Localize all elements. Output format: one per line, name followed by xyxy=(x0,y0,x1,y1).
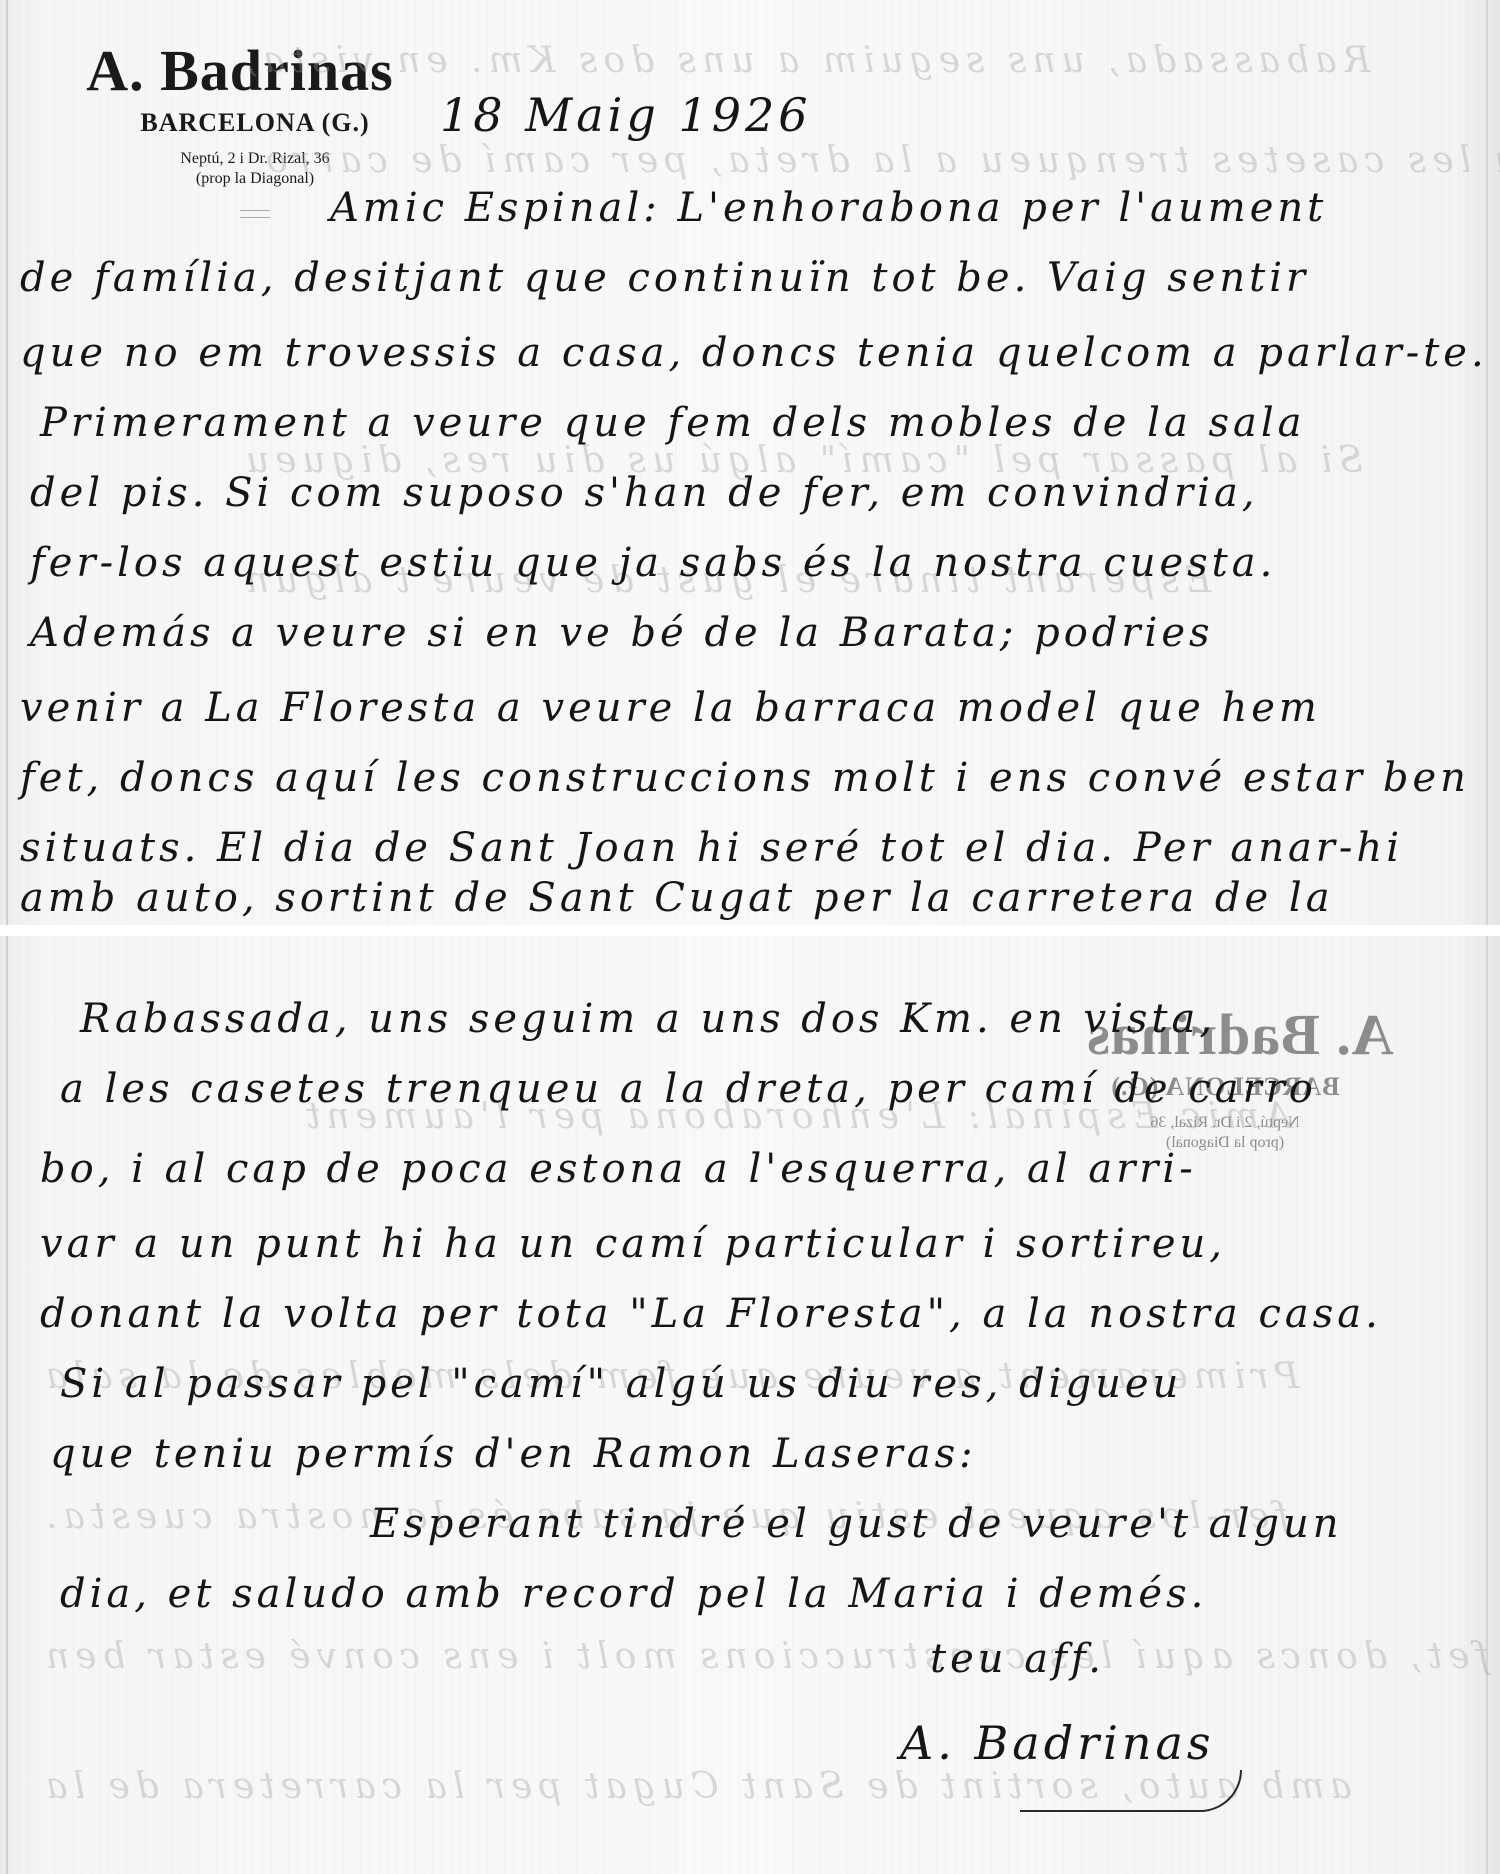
letter-line: fer-los aquest estiu que ja sabs és la n… xyxy=(30,540,1276,586)
letter-line: Si al passar pel "camí" algú us diu res,… xyxy=(60,1361,1182,1407)
letter-line: situats. El dia de Sant Joan hi seré tot… xyxy=(20,825,1403,871)
letter-line: venir a La Floresta a veure la barraca m… xyxy=(20,685,1321,731)
letter-line: del pis. Si com suposo s'han de fer, em … xyxy=(30,470,1259,516)
letter-line: Primerament a veure que fem dels mobles … xyxy=(40,400,1306,446)
letter-line: Amic Espinal: L'enhorabona per l'aument xyxy=(330,185,1327,231)
letter-line: donant la volta per tota "La Floresta", … xyxy=(40,1291,1382,1337)
paper-edge-right xyxy=(1486,936,1488,1874)
letter-line: amb auto, sortint de Sant Cugat per la c… xyxy=(20,875,1334,921)
letter-line: dia, et saludo amb record pel la Maria i… xyxy=(60,1571,1207,1617)
bleed-through-text: Rabassada, uns seguim a uns dos Km. en v… xyxy=(240,40,1370,81)
signature-flourish xyxy=(1020,1770,1242,1812)
bleed-through-text: fet, doncs aquí les construccions molt i… xyxy=(40,1636,1489,1677)
letter-line: a les casetes trenqueu a la dreta, per c… xyxy=(60,1066,1317,1112)
letter-line: bo, i al cap de poca estona a l'esquerra… xyxy=(40,1146,1197,1192)
letter-line: var a un punt hi ha un camí particular i… xyxy=(40,1221,1226,1267)
letter-page-2: A. Badrinas BARCELONA (G.) Neptú, 2 i Dr… xyxy=(0,936,1500,1874)
letter-page-1: A. Badrinas BARCELONA (G.) Neptú, 2 i Dr… xyxy=(0,0,1500,925)
letter-line: de família, desitjant que continuïn tot … xyxy=(20,255,1309,301)
letter-line: Además a veure si en ve bé de la Barata;… xyxy=(30,610,1214,656)
paper-edge-right xyxy=(1486,0,1488,925)
letter-signature: A. Badrinas xyxy=(900,1716,1215,1770)
paper-edge-left xyxy=(6,936,8,1874)
letter-line: que no em trovessis a casa, doncs tenia … xyxy=(20,330,1488,376)
bleed-through-text: a les casetes trenqueu a la dreta, per c… xyxy=(260,140,1500,181)
letterhead-city: BARCELONA (G.) xyxy=(90,108,420,138)
letter-line: Esperant tindré el gust de veure't algun xyxy=(370,1501,1343,1547)
letter-line: que teniu permís d'en Ramon Laseras: xyxy=(50,1431,977,1477)
paper-edge-left xyxy=(6,0,8,925)
letter-date: 18 Maig 1926 xyxy=(440,88,812,142)
letter-line: fet, doncs aquí les construccions molt i… xyxy=(20,755,1470,801)
letterhead-rule xyxy=(240,210,270,218)
letter-line: Rabassada, uns seguim a uns dos Km. en v… xyxy=(80,996,1216,1042)
letter-closing: teu aff. xyxy=(930,1636,1105,1682)
